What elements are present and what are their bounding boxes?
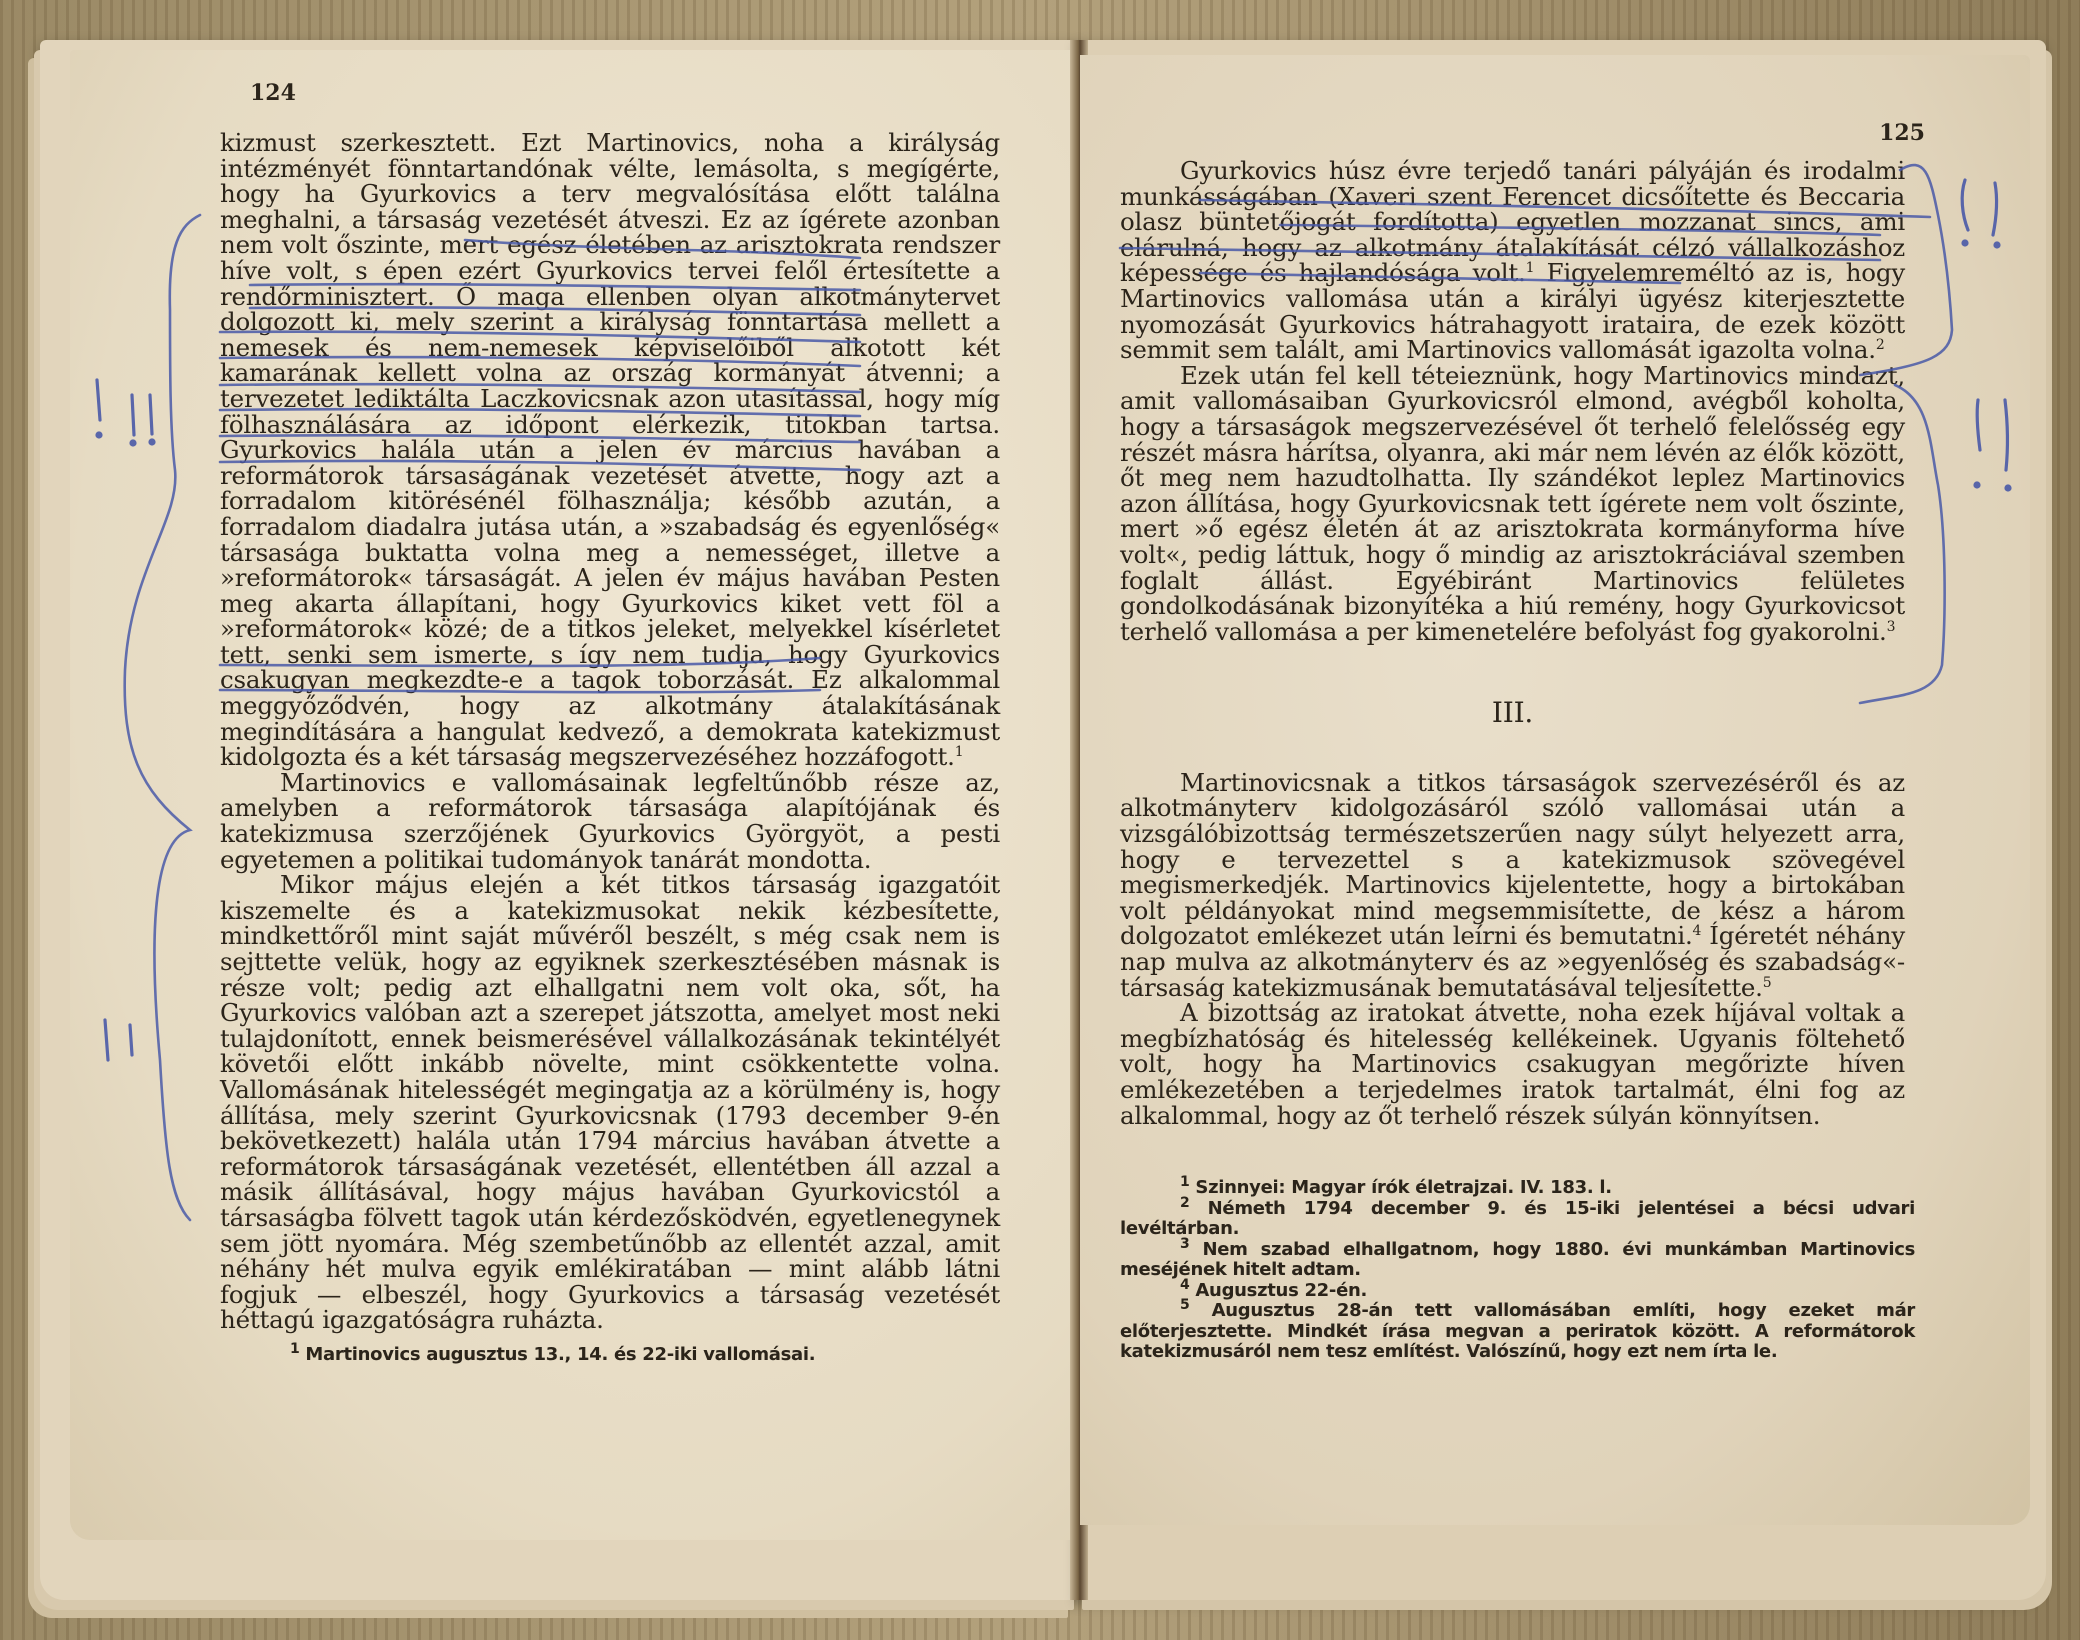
footnote-ref: 1: [955, 744, 964, 760]
left-page: 124 kizmust szerkesztett. Ezt Martinovic…: [70, 50, 1080, 1540]
left-footnotes: 1 Martinovics augusztus 13., 14. és 22-i…: [290, 1345, 990, 1366]
page-number-right: 125: [1879, 120, 1925, 146]
footnote: 1 Martinovics augusztus 13., 14. és 22-i…: [290, 1345, 990, 1366]
footnote: 4 Augusztus 22-én.: [1120, 1281, 1915, 1302]
footnote: 3 Nem szabad elhallgatnom, hogy 1880. év…: [1120, 1240, 1915, 1281]
footnote: 1 Szinnyei: Magyar írók életrajzai. IV. …: [1120, 1178, 1915, 1199]
left-paragraph-2: Martinovics e vallomásainak legfeltűnőbb…: [220, 770, 1000, 872]
page-number-left: 124: [250, 80, 296, 106]
section-heading: III.: [1120, 700, 1905, 726]
left-paragraph-1: kizmust szerkesztett. Ezt Martinovics, n…: [220, 130, 1000, 770]
right-footnotes: 1 Szinnyei: Magyar írók életrajzai. IV. …: [1120, 1178, 1915, 1363]
footnote: 5 Augusztus 28-án tett vallomásában emlí…: [1120, 1301, 1915, 1363]
right-paragraph-1: Gyurkovics húsz évre terjedő tanári pály…: [1120, 158, 1905, 363]
left-page-body: kizmust szerkesztett. Ezt Martinovics, n…: [220, 130, 1000, 1333]
right-page: 125 Gyurkovics húsz évre terjedő tanári …: [1080, 55, 2030, 1525]
right-paragraph-2: Ezek után fel kell téteieznünk, hogy Mar…: [1120, 363, 1905, 645]
footnote: 2 Németh 1794 december 9. és 15-iki jele…: [1120, 1199, 1915, 1240]
left-paragraph-3: Mikor május elején a két titkos társaság…: [220, 872, 1000, 1333]
right-paragraph-4: A bizottság az iratokat átvette, noha ez…: [1120, 1000, 1905, 1128]
right-page-body: Gyurkovics húsz évre terjedő tanári pály…: [1120, 158, 1905, 1128]
right-paragraph-3: Martinovicsnak a titkos társaságok szerv…: [1120, 770, 1905, 1000]
